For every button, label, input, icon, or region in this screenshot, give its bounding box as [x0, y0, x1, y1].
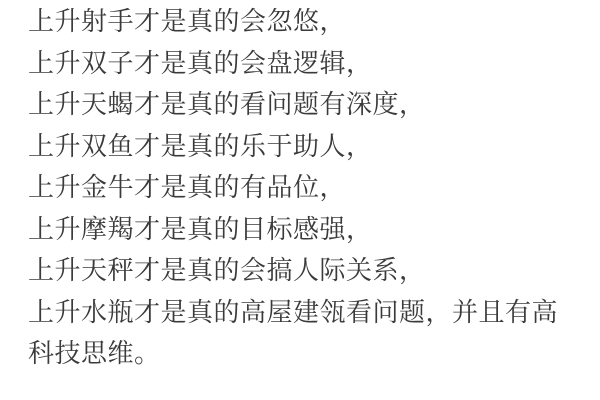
text-line: 上升水瓶才是真的高屋建瓴看问题，并且有高 [28, 292, 574, 334]
text-line: 上升射手才是真的会忽悠， [28, 1, 574, 43]
text-line: 上升天秤才是真的会搞人际关系， [28, 250, 574, 292]
text-line: 科技思维。 [28, 333, 574, 375]
text-line: 上升天蝎才是真的看问题有深度， [28, 84, 574, 126]
text-line: 上升双子才是真的会盘逻辑， [28, 43, 574, 85]
text-line: 上升摩羯才是真的目标感强， [28, 209, 574, 251]
text-page: 上升射手才是真的会忽悠， 上升双子才是真的会盘逻辑， 上升天蝎才是真的看问题有深… [0, 0, 600, 400]
text-line: 上升金牛才是真的有品位， [28, 167, 574, 209]
text-line: 上升双鱼才是真的乐于助人， [28, 126, 574, 168]
